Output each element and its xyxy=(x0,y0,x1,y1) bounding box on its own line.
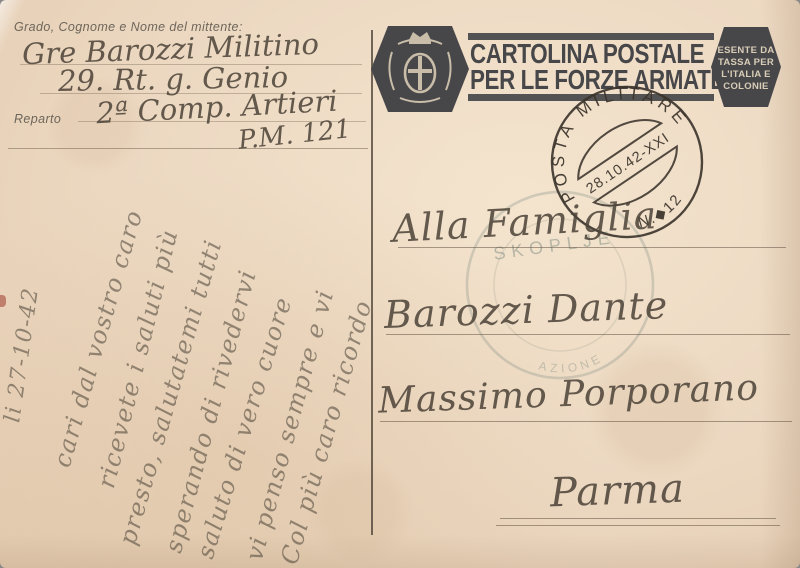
military-postcard: Grado, Cognome e Nome del mittente: Gre … xyxy=(0,0,800,568)
parma-underline-2 xyxy=(496,525,780,526)
paper-blemish xyxy=(0,295,6,307)
exemption-line-4: COLONIE xyxy=(723,81,768,92)
tax-exemption-hexagon: ESENTE DA TASSA PER L'ITALIA E COLONIE xyxy=(708,24,784,110)
address-rule-3 xyxy=(380,421,792,422)
exemption-line-1: ESENTE DA xyxy=(717,45,774,56)
message-date-vertical: li 27-10-42 xyxy=(0,173,60,424)
address-line-4: Parma xyxy=(549,466,685,517)
parma-underline-1 xyxy=(500,518,776,519)
exemption-line-3: L'ITALIA E xyxy=(721,69,771,80)
reparto-label: Reparto xyxy=(14,112,61,126)
exemption-line-2: TASSA PER xyxy=(718,57,774,68)
address-line-2: Barozzi Dante xyxy=(383,283,669,337)
address-line-3: Massimo Porporano xyxy=(377,367,759,421)
sender-rule-4 xyxy=(8,148,368,149)
